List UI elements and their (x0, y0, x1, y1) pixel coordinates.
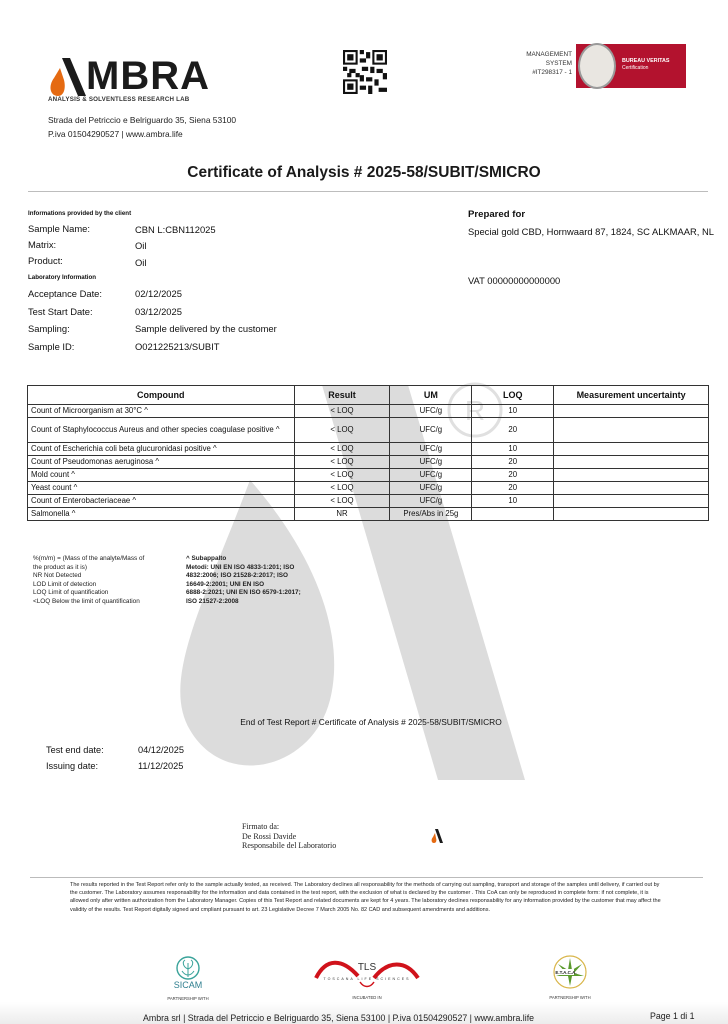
partner-tls: TLS TOSCANA LIFE SCIENCES INCUBATED IN (312, 952, 422, 1000)
compound-cell: Yeast count ^ (28, 482, 295, 495)
uncertainty-cell (554, 469, 709, 482)
sicam-logo-icon: SICAM (166, 955, 210, 991)
svg-text:TLS: TLS (358, 962, 377, 973)
um-cell: UFC/g (390, 456, 472, 469)
field-label: Sample Name: (28, 223, 90, 234)
logo-wordmark: MBRA (86, 56, 210, 96)
um-cell: UFC/g (390, 482, 472, 495)
svg-text:SICAM: SICAM (174, 980, 203, 990)
loq-cell: 10 (472, 495, 554, 508)
compound-cell: Count of Pseudomonas aeruginosa ^ (28, 456, 295, 469)
field-label: Matrix: (28, 239, 56, 250)
loq-cell: 20 (472, 418, 554, 443)
page-number: Page 1 di 1 (650, 1011, 695, 1021)
date-label: Test end date: (46, 742, 138, 758)
lab-info-heading: Laboratory Information (28, 274, 96, 281)
result-cell: < LOQ (294, 456, 390, 469)
disclaimer-text: The results reported in the Test Report … (70, 881, 666, 914)
compound-cell: Count of Enterobacteriaceae ^ (28, 495, 295, 508)
date-label: Issuing date: (46, 758, 138, 774)
table-row: Count of Pseudomonas aeruginosa ^< LOQUF… (28, 456, 709, 469)
test-start-date-value: 03/12/2025 (135, 306, 182, 317)
compound-cell: Count of Microorganism at 30°C ^ (28, 405, 295, 418)
footer-company-info: Ambra srl | Strada del Petriccio e Belri… (143, 1013, 534, 1023)
loq-cell: 20 (472, 456, 554, 469)
sample-name-value: CBN L:CBN112025 (135, 224, 216, 235)
compound-cell: Mold count ^ (28, 469, 295, 482)
footer-divider (30, 877, 703, 878)
lab-address: Strada del Petriccio e Belriguardo 35, S… (48, 113, 236, 141)
sampling-value: Sample delivered by the customer (135, 323, 277, 334)
bureau-veritas-badge: BUREAU VERITAS Certification (576, 44, 686, 88)
column-header-loq: LOQ (472, 386, 554, 405)
result-cell: < LOQ (294, 469, 390, 482)
end-of-report: End of Test Report # Certificate of Anal… (0, 717, 728, 727)
um-cell: UFC/g (390, 405, 472, 418)
partner-etaca: E.T.A.C.A. PARTNERSHIP WITH (548, 954, 592, 1000)
title-divider (28, 191, 708, 192)
etaca-logo-icon: E.T.A.C.A. (548, 954, 592, 990)
product-value: Oil (135, 257, 146, 268)
page-title: Certificate of Analysis # 2025-58/SUBIT/… (0, 164, 728, 182)
result-cell: < LOQ (294, 418, 390, 443)
loq-cell: 20 (472, 482, 554, 495)
uncertainty-cell (554, 482, 709, 495)
field-label: Acceptance Date: (28, 288, 102, 299)
compound-cell: Count of Staphylococcus Aureus and other… (28, 418, 295, 443)
bureau-veritas-seal-icon (578, 43, 616, 89)
table-row: Count of Microorganism at 30°C ^< LOQUFC… (28, 405, 709, 418)
ambra-signature-logo-icon (431, 829, 443, 843)
tls-logo-icon: TLS TOSCANA LIFE SCIENCES (312, 952, 422, 990)
uncertainty-cell (554, 508, 709, 521)
issuing-date-value: 11/12/2025 (138, 761, 183, 771)
methods-legend: ^ Subappalto Metodi: UNI EN ISO 4833-1:2… (186, 555, 336, 607)
result-cell: NR (294, 508, 390, 521)
um-cell: UFC/g (390, 418, 472, 443)
logo-subtitle: ANALYSIS & SOLVENTLESS RESEARCH LAB (48, 96, 189, 103)
table-row: Count of Staphylococcus Aureus and other… (28, 418, 709, 443)
um-cell: UFC/g (390, 469, 472, 482)
test-end-date-value: 04/12/2025 (138, 745, 184, 755)
compound-cell: Salmonella ^ (28, 508, 295, 521)
signature-block: Firmato da: De Rossi Davide Responsabile… (242, 822, 336, 851)
table-row: Mold count ^< LOQUFC/g20 (28, 469, 709, 482)
um-cell: UFC/g (390, 443, 472, 456)
uncertainty-cell (554, 495, 709, 508)
column-header-um: UM (390, 386, 472, 405)
field-label: Test Start Date: (28, 306, 93, 317)
column-header-compound: Compound (28, 386, 295, 405)
um-cell: UFC/g (390, 495, 472, 508)
column-header-result: Result (294, 386, 390, 405)
result-cell: < LOQ (294, 443, 390, 456)
table-row: Salmonella ^NRPres/Abs in 25g (28, 508, 709, 521)
client-info-heading: Informations provided by the client (28, 210, 131, 217)
compound-cell: Count of Escherichia coli beta glucuroni… (28, 443, 295, 456)
uncertainty-cell (554, 443, 709, 456)
results-table: Compound Result UM LOQ Measurement uncer… (27, 385, 709, 521)
table-row: Count of Enterobacteriaceae ^< LOQUFC/g1… (28, 495, 709, 508)
prepared-for-heading: Prepared for (468, 209, 525, 220)
svg-text:E.T.A.C.A.: E.T.A.C.A. (555, 970, 576, 975)
um-cell: Pres/Abs in 25g (390, 508, 472, 521)
report-dates: Test end date:04/12/2025 Issuing date:11… (46, 742, 184, 774)
acceptance-date-value: 02/12/2025 (135, 288, 182, 299)
uncertainty-cell (554, 456, 709, 469)
result-cell: < LOQ (294, 405, 390, 418)
loq-cell (472, 508, 554, 521)
table-header-row: Compound Result UM LOQ Measurement uncer… (28, 386, 709, 405)
svg-text:TOSCANA LIFE SCIENCES: TOSCANA LIFE SCIENCES (323, 977, 410, 981)
loq-cell: 10 (472, 405, 554, 418)
partner-sicam: SICAM PARTNERSHIP WITH (166, 955, 210, 1001)
matrix-value: Oil (135, 240, 146, 251)
prepared-for-address: Special gold CBD, Hornwaard 87, 1824, SC… (468, 225, 718, 239)
column-header-uncertainty: Measurement uncertainty (554, 386, 709, 405)
sample-id-value: O021225213/SUBIT (135, 341, 219, 352)
result-cell: < LOQ (294, 482, 390, 495)
uncertainty-cell (554, 418, 709, 443)
ambra-drop-icon (48, 56, 88, 98)
loq-cell: 20 (472, 469, 554, 482)
loq-cell: 10 (472, 443, 554, 456)
table-row: Yeast count ^< LOQUFC/g20 (28, 482, 709, 495)
management-system-label: MANAGEMENT SYSTEM #IT298317 - 1 (508, 50, 572, 77)
field-label: Sample ID: (28, 341, 74, 352)
field-label: Product: (28, 255, 63, 266)
abbreviations-legend: %(m/m) = (Mass of the analyte/Mass of th… (33, 555, 144, 607)
uncertainty-cell (554, 405, 709, 418)
client-vat: VAT 00000000000000 (468, 275, 560, 286)
result-cell: < LOQ (294, 495, 390, 508)
field-label: Sampling: (28, 323, 70, 334)
qr-code-icon (343, 50, 387, 94)
table-row: Count of Escherichia coli beta glucuroni… (28, 443, 709, 456)
